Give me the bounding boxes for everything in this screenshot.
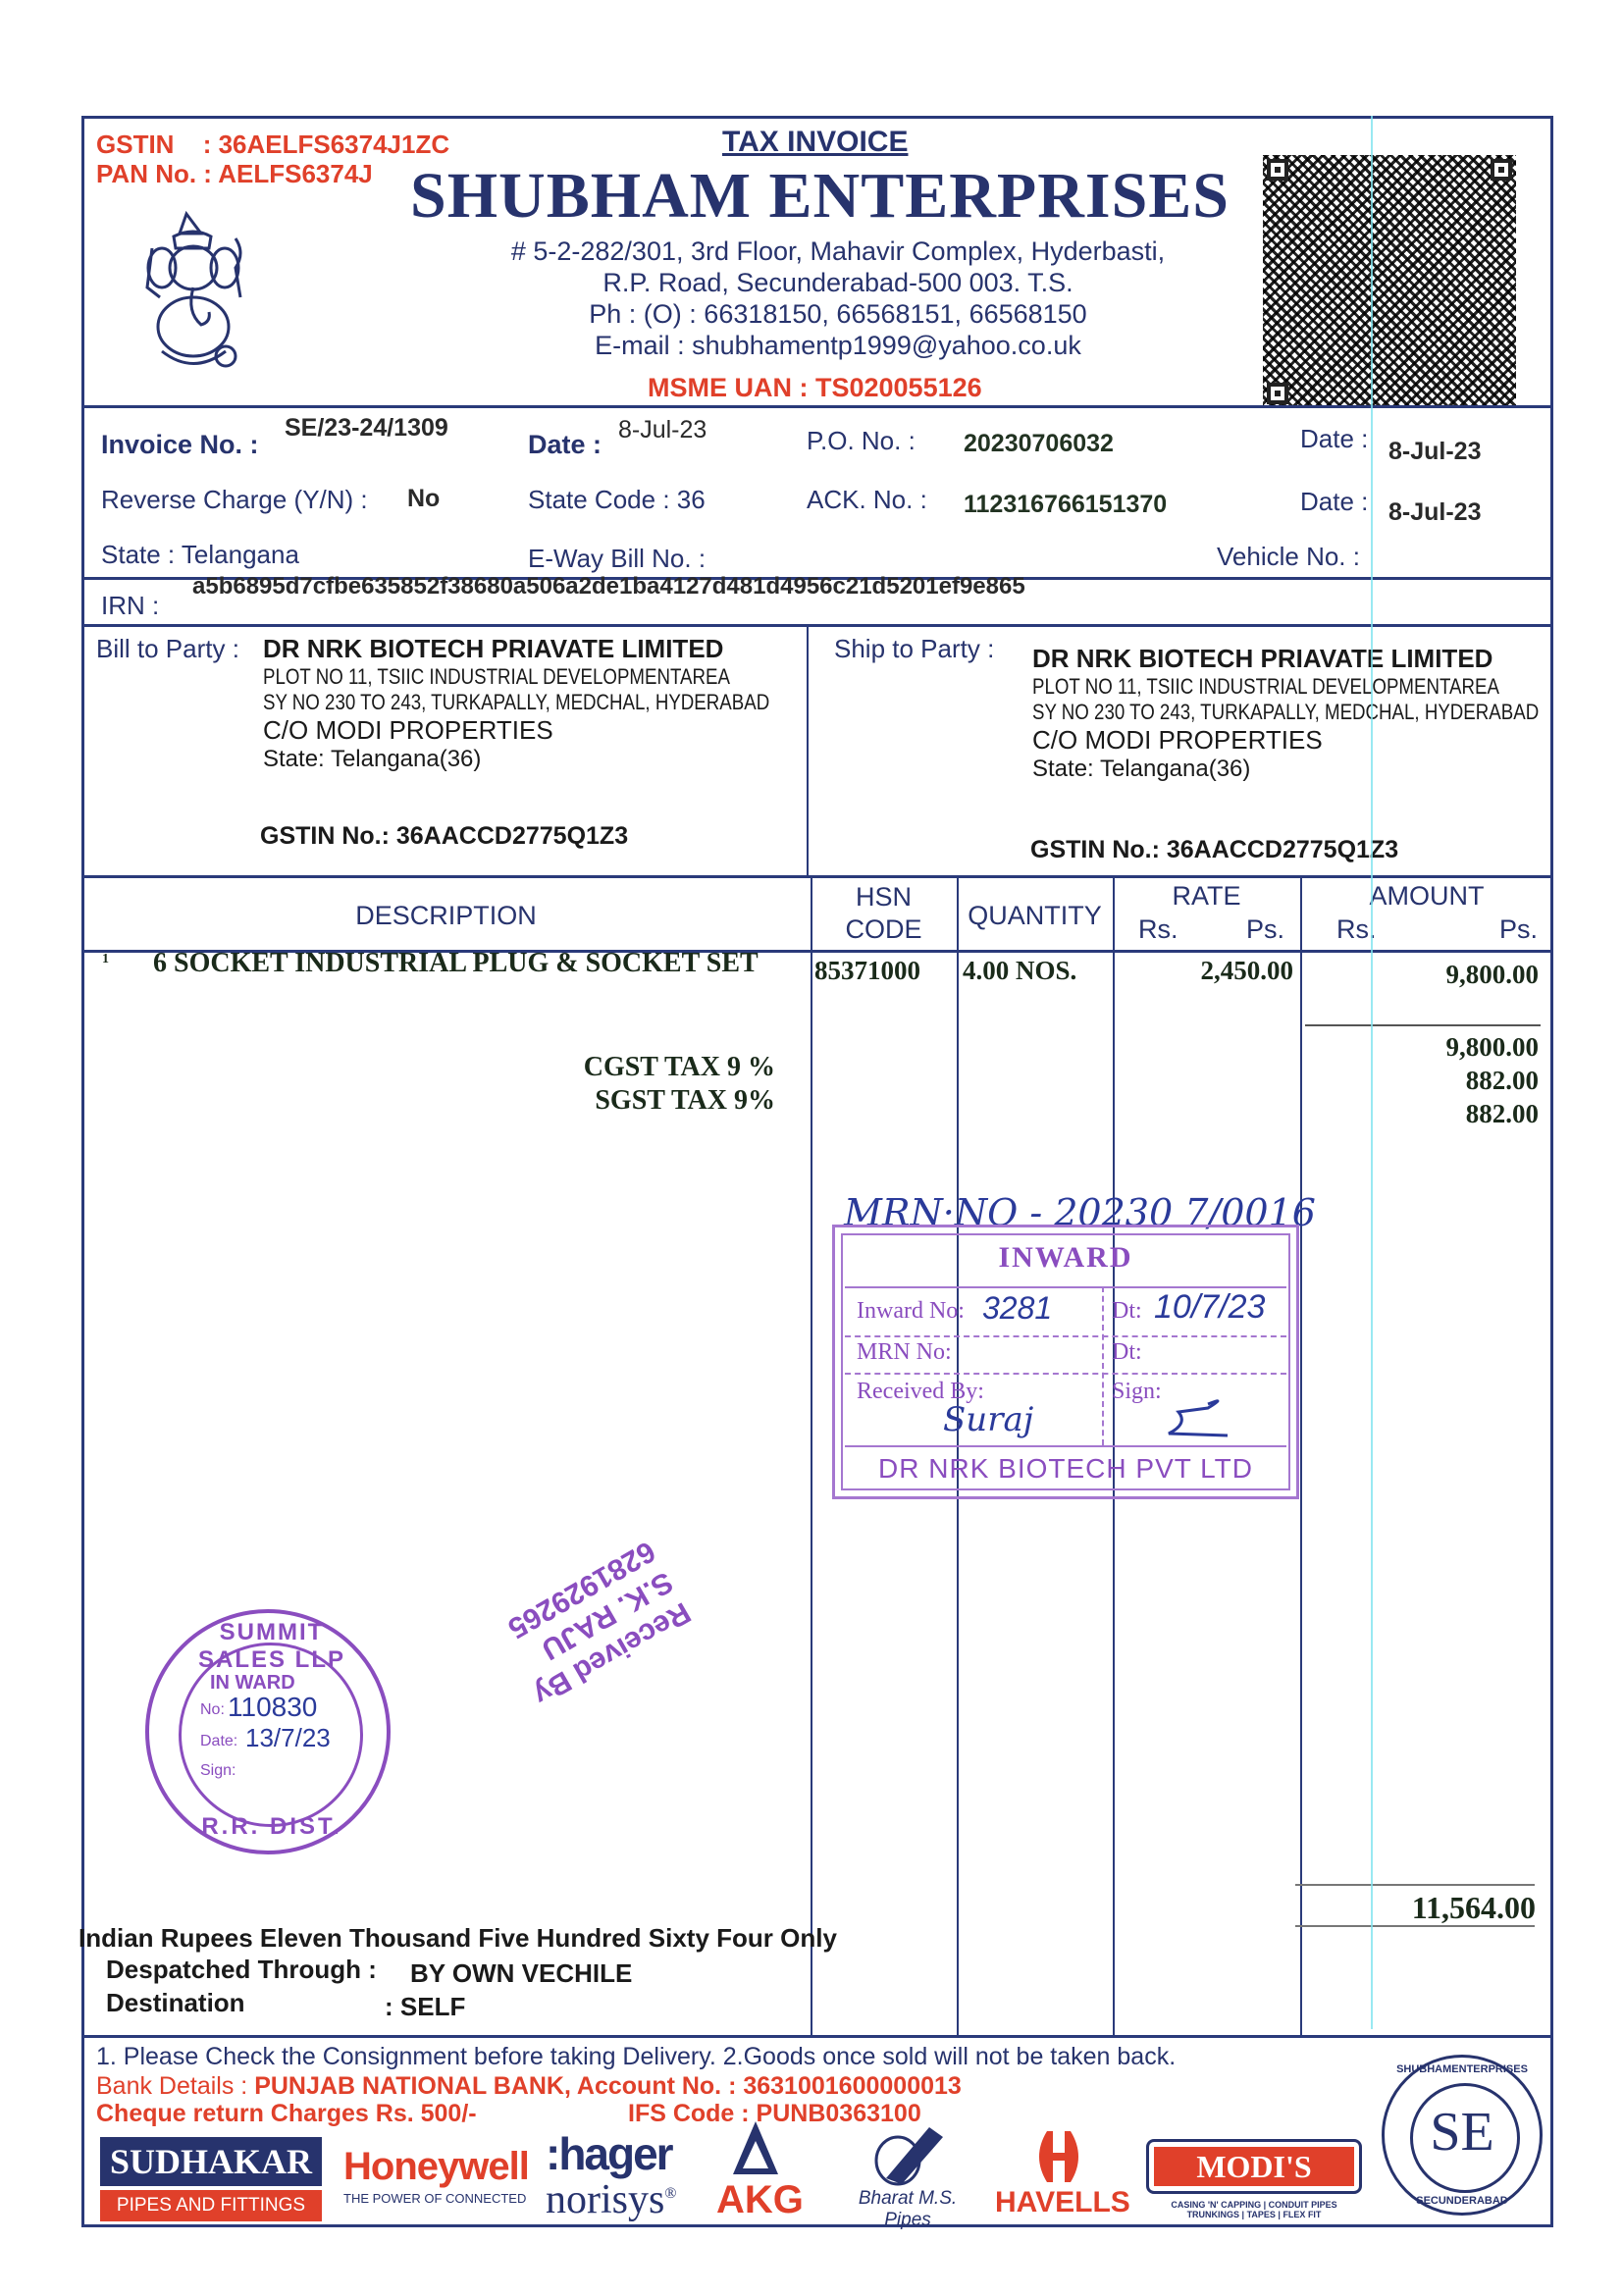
cgst-amount: 882.00 <box>1300 1066 1539 1096</box>
grand-total: 11,564.00 <box>1300 1890 1536 1926</box>
subtotal: 9,800.00 <box>1300 1032 1539 1063</box>
cgst-label: CGST TAX 9 % <box>393 1052 775 1083</box>
col-header-hsn: HSN CODE <box>811 881 957 946</box>
ship-to-label: Ship to Party : <box>834 634 994 664</box>
company-name: SHUBHAM ENTERPRISES <box>410 159 1230 234</box>
havells-icon <box>1029 2127 1088 2186</box>
inward-title: INWARD <box>835 1241 1296 1275</box>
ship-to-address-2: SY NO 230 TO 243, TURKAPALLY, MEDCHAL, H… <box>1032 700 1539 725</box>
ship-to-address-3: C/O MODI PROPERTIES <box>1032 725 1623 756</box>
inward-dt-label: Dt: <box>1112 1298 1142 1325</box>
invoice-no-label: Invoice No. : <box>101 430 259 460</box>
bill-to-address-1: PLOT NO 11, TSIIC INDUSTRIAL DEVELOPMENT… <box>263 664 769 690</box>
eway-bill-label: E-Way Bill No. : <box>528 544 706 574</box>
summit-no: 110830 <box>228 1692 317 1723</box>
mrn-dt-label: Dt: <box>1112 1339 1142 1366</box>
summit-date: 13/7/23 <box>245 1723 331 1753</box>
bharat-logo: Bharat M.S. Pipes <box>834 2119 981 2231</box>
bill-to-block: DR NRK BIOTECH PRIAVATE LIMITED PLOT NO … <box>263 634 859 773</box>
email-line: E-mail : shubhamentp1999@yahoo.co.uk <box>342 330 1334 361</box>
ack-date-label: Date : <box>1300 487 1368 517</box>
bank-label: Bank Details : <box>96 2072 247 2100</box>
inward-company: DR NRK BIOTECH PVT LTD <box>835 1453 1296 1485</box>
invoice-no: SE/23-24/1309 <box>285 414 448 443</box>
modis-badge: MODI'S <box>1146 2139 1362 2194</box>
modis-sub1: CASING 'N' CAPPING | CONDUIT PIPES <box>1146 2200 1362 2210</box>
mrn-no-label: MRN No: <box>857 1339 952 1366</box>
modis-logo: MODI'S CASING 'N' CAPPING | CONDUIT PIPE… <box>1146 2139 1362 2219</box>
bank-details: Bank Details : PUNJAB NATIONAL BANK, Acc… <box>96 2072 962 2101</box>
ganesha-icon <box>132 209 255 376</box>
hager-name: :hager <box>546 2127 677 2180</box>
akg-name: AKG <box>716 2178 795 2222</box>
inward-no-label: Inward No: <box>857 1298 965 1325</box>
summit-no-label: No: <box>200 1701 225 1719</box>
cheque-charges: Cheque return Charges Rs. 500/- <box>96 2100 477 2128</box>
reverse-charge-label: Reverse Charge (Y/N) : <box>101 485 368 515</box>
havells-logo: HAVELLS <box>995 2127 1123 2219</box>
registered-mark: ® <box>664 2185 676 2202</box>
address-line-1: # 5-2-282/301, 3rd Floor, Mahavir Comple… <box>342 235 1334 267</box>
irn-value: a5b6895d7cfbe635852f38680a506a2de1ba4127… <box>192 573 1025 600</box>
destination-value: : SELF <box>385 1992 465 2022</box>
vehicle-label: Vehicle No. : <box>1217 542 1360 572</box>
amount-in-words: Indian Rupees Eleven Thousand Five Hundr… <box>79 1923 837 1954</box>
destination-label: Destination <box>106 1988 245 2018</box>
pan-value: AELFS6374J <box>218 159 373 188</box>
honeywell-name: Honeywell <box>343 2145 529 2189</box>
sudhakar-logo: SUDHAKAR PIPES AND FITTINGS <box>100 2137 322 2221</box>
rate-ps: Ps. <box>1246 914 1284 945</box>
summit-sales-stamp: SUMMIT SALES LLP IN WARD No: 110830 Date… <box>145 1609 391 1854</box>
state-code: State Code : 36 <box>528 485 706 515</box>
honeywell-sub: THE POWER OF CONNECTED <box>343 2191 529 2206</box>
gstin-label: GSTIN <box>96 130 174 159</box>
divider <box>81 405 1553 408</box>
item-quantity: 4.00 NOS. <box>963 956 1076 986</box>
gstin-value: : 36AELFS6374J1ZC <box>203 130 449 159</box>
honeywell-logo: Honeywell THE POWER OF CONNECTED <box>343 2145 529 2206</box>
po-label: P.O. No. : <box>807 426 916 456</box>
inward-no: 3281 <box>982 1290 1052 1327</box>
modis-name: MODI'S <box>1154 2147 1354 2186</box>
gstin-line: GSTIN : 36AELFS6374J1ZC <box>96 130 449 160</box>
ship-to-block: DR NRK BIOTECH PRIAVATE LIMITED PLOT NO … <box>1032 644 1623 783</box>
bill-to-address-2: SY NO 230 TO 243, TURKAPALLY, MEDCHAL, H… <box>263 690 769 715</box>
bharat-name: Bharat M.S. Pipes <box>834 2188 981 2231</box>
column-divider <box>811 875 812 2037</box>
item-sl: 1 <box>102 952 109 967</box>
total-rule-top <box>1295 1884 1535 1886</box>
ack-date: 8-Jul-23 <box>1388 498 1481 527</box>
state-label: State : Telangana <box>101 540 299 570</box>
modis-sub2: TRUNKINGS | TAPES | FLEX FIT <box>1146 2210 1362 2219</box>
col-header-description: DESCRIPTION <box>81 901 811 931</box>
ship-to-state: State: Telangana(36) <box>1032 756 1623 783</box>
divider <box>81 875 1553 878</box>
se-center: SE <box>1385 2101 1540 2164</box>
bill-to-state: State: Telangana(36) <box>263 746 859 773</box>
summit-ring-top: SUMMIT SALES LLP <box>179 1619 365 1674</box>
akg-triangle-icon <box>731 2119 780 2178</box>
item-rate: 2,450.00 <box>1113 956 1293 986</box>
se-company-seal: SE SHUBHAMENTERPRISES SECUNDERABAD <box>1382 2055 1543 2216</box>
bank-value: PUNJAB NATIONAL BANK, Account No. : 3631… <box>254 2072 962 2100</box>
bill-to-address-3: C/O MODI PROPERTIES <box>263 715 859 746</box>
sgst-amount: 882.00 <box>1300 1099 1539 1129</box>
ship-to-name: DR NRK BIOTECH PRIAVATE LIMITED <box>1032 644 1623 674</box>
despatch-value: BY OWN VECHILE <box>410 1958 632 1989</box>
col-header-rate: RATE <box>1113 881 1300 912</box>
qr-code-icon <box>1263 155 1516 408</box>
total-rule-bottom <box>1295 1925 1535 1927</box>
ship-to-gstin: GSTIN No.: 36AACCD2775Q1Z3 <box>1030 836 1398 864</box>
invoice-date: 8-Jul-23 <box>618 416 707 444</box>
item-amount: 9,800.00 <box>1300 960 1539 990</box>
signature-icon <box>1149 1394 1237 1443</box>
phone-line: Ph : (O) : 66318150, 66568151, 66568150 <box>342 298 1334 330</box>
bill-to-label: Bill to Party : <box>96 634 239 664</box>
reverse-charge-value: No <box>407 485 440 513</box>
company-address: # 5-2-282/301, 3rd Floor, Mahavir Comple… <box>342 235 1334 361</box>
ack-no: 112316766151370 <box>964 491 1167 519</box>
sgst-label: SGST TAX 9% <box>393 1085 775 1117</box>
summit-sign-label: Sign: <box>200 1762 236 1780</box>
hsn-header-line1: HSN <box>811 881 957 913</box>
amount-ps: Ps. <box>1499 914 1538 945</box>
sudhakar-sub: PIPES AND FITTINGS <box>100 2190 322 2221</box>
summit-ring-bottom: R.R. DIST. <box>188 1813 355 1841</box>
received-by-signature: Suraj <box>943 1400 1033 1439</box>
pan-label: PAN No. : <box>96 159 212 188</box>
date-label: Date : <box>528 430 602 460</box>
inward-stamp: INWARD Inward No: 3281 Dt: 10/7/23 MRN N… <box>832 1225 1299 1499</box>
terms: 1. Please Check the Consignment before t… <box>96 2043 1176 2071</box>
norisys-name: norisys® <box>546 2176 677 2223</box>
ship-to-address-1: PLOT NO 11, TSIIC INDUSTRIAL DEVELOPMENT… <box>1032 674 1539 700</box>
po-date: 8-Jul-23 <box>1388 438 1481 466</box>
akg-logo: AKG <box>716 2119 795 2222</box>
item-hsn: 85371000 <box>814 956 920 986</box>
hager-norisys-logo: :hager norisys® <box>546 2127 677 2223</box>
subtotal-rule <box>1305 1024 1541 1026</box>
havells-name: HAVELLS <box>995 2186 1123 2219</box>
sudhakar-name: SUDHAKAR <box>100 2137 322 2186</box>
divider <box>81 624 1553 627</box>
se-ring-bottom: SECUNDERABAD <box>1385 2195 1540 2207</box>
rate-rs: Rs. <box>1138 914 1178 945</box>
po-date-label: Date : <box>1300 424 1368 454</box>
col-header-amount: AMOUNT <box>1300 881 1553 912</box>
col-header-quantity: QUANTITY <box>957 901 1113 931</box>
summit-date-label: Date: <box>200 1733 237 1750</box>
pan-line: PAN No. : AELFS6374J <box>96 159 373 189</box>
address-line-2: R.P. Road, Secunderabad-500 003. T.S. <box>342 267 1334 298</box>
divider <box>81 2035 1553 2038</box>
hsn-header-line2: CODE <box>811 913 957 946</box>
scan-artifact <box>1371 116 1373 2029</box>
doc-title: TAX INVOICE <box>722 126 908 159</box>
bill-to-gstin: GSTIN No.: 36AACCD2775Q1Z3 <box>260 822 628 851</box>
inward-dt: 10/7/23 <box>1154 1288 1265 1327</box>
irn-label: IRN : <box>101 591 159 621</box>
po-no: 20230706032 <box>964 430 1114 458</box>
norisys-text: norisys <box>546 2177 664 2222</box>
bharat-pipe-icon <box>868 2119 947 2188</box>
bill-to-name: DR NRK BIOTECH PRIAVATE LIMITED <box>263 634 859 664</box>
despatch-label: Despatched Through : <box>106 1955 377 1985</box>
se-ring-top: SHUBHAMENTERPRISES <box>1385 2063 1540 2075</box>
item-description: 6 SOCKET INDUSTRIAL PLUG & SOCKET SET <box>153 948 759 979</box>
ack-label: ACK. No. : <box>807 485 927 515</box>
msme-uan: MSME UAN : TS020055126 <box>648 373 982 403</box>
